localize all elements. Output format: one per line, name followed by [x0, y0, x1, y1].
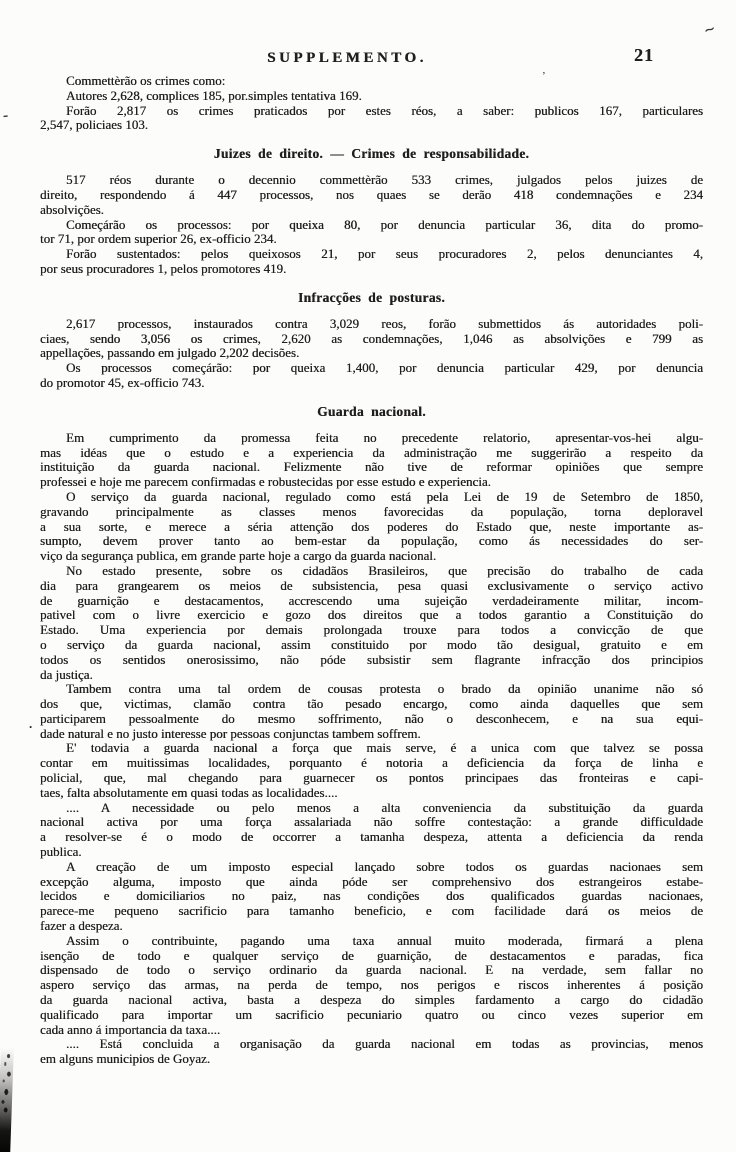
paragraph: O serviço da guarda nacional, regulado c… [40, 490, 703, 564]
pencil-dash-artifact: - [2, 107, 9, 125]
text-line: da justiça. [40, 668, 703, 683]
text-line: 2,547, policiaes 103. [40, 118, 703, 133]
paragraph: Em cumprimento da promessa feita no prec… [40, 431, 703, 490]
text-line: todos os sentidos onerosissimo, não póde… [40, 653, 703, 668]
text-line: Em cumprimento da promessa feita no prec… [40, 431, 703, 446]
text-line: professei e hoje me parecem confirmadas … [40, 475, 703, 490]
paragraph: .... Está concluida a organisação da gua… [40, 1037, 703, 1067]
paragraph: Assim o contribuinte, pagando uma taxa a… [40, 934, 703, 1038]
text-line: dia para grangearem os meios de subsiste… [40, 579, 703, 594]
paragraph: 2,617 processos, instaurados contra 3,02… [40, 317, 703, 361]
ink-dot-artifact: . [29, 716, 32, 732]
text-line: contar em muitissimas localidades, porqu… [40, 756, 703, 771]
text-line: dos que, victimas, clamão contra tão pes… [40, 697, 703, 712]
text-line: tor 71, por ordem superior 26, ex-offici… [40, 232, 703, 247]
text-line: A creação de um imposto especial lançado… [40, 860, 703, 875]
text-line: Autores 2,628, complices 185, por.simple… [40, 89, 703, 104]
section-heading: Juizes de direito. — Crimes de responsab… [40, 146, 703, 162]
text-line: gravando principalmente as classes menos… [40, 505, 703, 520]
text-line: isenção de todo e qualquer serviço de gu… [40, 949, 703, 964]
paragraph: Começárão os processos: por queixa 80, p… [40, 218, 703, 248]
text-line: No estado presente, sobre os cidadãos Br… [40, 564, 703, 579]
text-line: de guarnição e destacamentos, accrescend… [40, 594, 703, 609]
text-line: .... Está concluida a organisação da gua… [40, 1037, 703, 1052]
paragraph: Tambem contra uma tal ordem de cousas pr… [40, 682, 703, 741]
text-line: O serviço da guarda nacional, regulado c… [40, 490, 703, 505]
text-line: Começárão os processos: por queixa 80, p… [40, 218, 703, 233]
text-line: 517 réos durante o decennio commettèrão … [40, 173, 703, 188]
paragraph: Commettèrão os crimes como: [40, 74, 703, 89]
text-line: excepção alguma, imposto que ainda póde … [40, 875, 703, 890]
text-line: policial, que, mal chegando para guarnec… [40, 771, 703, 786]
text-line: do promotor 45, ex-officio 743. [40, 376, 703, 391]
text-line: pativel com o livre exercicio e gozo dos… [40, 608, 703, 623]
ink-speck-artifact: ’ [542, 70, 546, 82]
text-line: E' todavia a guarda nacional a força que… [40, 741, 703, 756]
text-line: aspero serviço das armas, na perda de te… [40, 978, 703, 993]
text-line: Tambem contra uma tal ordem de cousas pr… [40, 682, 703, 697]
pen-mark-artifact: ∼ [702, 21, 718, 41]
text-line: Os processos começárão: por queixa 1,400… [40, 361, 703, 376]
text-line: Forão 2,817 os crimes praticados por est… [40, 104, 703, 119]
text-line: a sua sorte, e merece a séria attenção d… [40, 520, 703, 535]
paragraph: .... A necessidade ou pelo menos a alta … [40, 801, 703, 860]
text-line: sumpto, devem prover tanto ao bem-estar … [40, 534, 703, 549]
page-number: 21 [634, 45, 654, 66]
text-line: da guarda nacional activa, basta a despe… [40, 993, 703, 1008]
text-line: mas idéas que o estudo e a experiencia d… [40, 446, 703, 461]
paragraph: 517 réos durante o decennio commettèrão … [40, 173, 703, 217]
text-line: a resolver-se é o modo de occorrer a tam… [40, 830, 703, 845]
text-line: direito, respondendo á 447 processos, no… [40, 188, 703, 203]
text-line: ciaes, sendo 3,056 os crimes, 2,620 as c… [40, 332, 703, 347]
text-line: publica. [40, 845, 703, 860]
document-page: SUPPLEMENTO. 21 Commettèrão os crimes co… [0, 0, 736, 1152]
text-line: Assim o contribuinte, pagando uma taxa a… [40, 934, 703, 949]
text-line: dade natural e no justo interesse por pe… [40, 727, 703, 742]
paragraph: Forão 2,817 os crimes praticados por est… [40, 104, 703, 134]
text-line: qualificado para importar um sacrificio … [40, 1008, 703, 1023]
section-heading: Guarda nacional. [40, 404, 703, 420]
paragraph: Autores 2,628, complices 185, por.simple… [40, 89, 703, 104]
text-line: instituição da guarda nacional. Felizmen… [40, 460, 703, 475]
text-line: 2,617 processos, instaurados contra 3,02… [40, 317, 703, 332]
text-line: participarem pessoalmente do mesmo soffr… [40, 712, 703, 727]
text-line: o serviço da guarda nacional, assim cons… [40, 638, 703, 653]
paragraph: A creação de um imposto especial lançado… [40, 860, 703, 934]
text-line: lecidos e domiciliarios no paiz, nas con… [40, 889, 703, 904]
page-content: Commettèrão os crimes como:Autores 2,628… [40, 74, 703, 1067]
text-line: em alguns municipios de Goyaz. [40, 1052, 703, 1067]
text-line: Commettèrão os crimes como: [40, 74, 703, 89]
text-line: taes, falta absolutamente em quasi todas… [40, 786, 703, 801]
paragraph: Forão sustentados: pelos queixosos 21, p… [40, 247, 703, 277]
page-title: SUPPLEMENTO. [0, 50, 694, 67]
paragraph: Os processos começárão: por queixa 1,400… [40, 361, 703, 391]
binding-smudge-artifact [0, 1048, 14, 1152]
section-heading: Infracções de posturas. [40, 290, 703, 306]
text-line: por seus procuradores 1, pelos promotore… [40, 262, 703, 277]
text-line: appellações, passando em julgado 2,202 d… [40, 346, 703, 361]
text-line: fazer a despeza. [40, 919, 703, 934]
paragraph: E' todavia a guarda nacional a força que… [40, 741, 703, 800]
text-line: absolvições. [40, 203, 703, 218]
text-line: Estado. Uma experiencia por demais prolo… [40, 623, 703, 638]
text-line: cada anno á importancia da taxa.... [40, 1023, 703, 1038]
text-line: viço da segurança publica, em grande par… [40, 549, 703, 564]
text-line: nacional activa por uma força assalariad… [40, 815, 703, 830]
text-line: .... A necessidade ou pelo menos a alta … [40, 801, 703, 816]
text-line: dispensado de todo o serviço ordinario d… [40, 963, 703, 978]
text-line: parece-me pequeno sacrificio para tamanh… [40, 904, 703, 919]
paragraph: No estado presente, sobre os cidadãos Br… [40, 564, 703, 682]
text-line: Forão sustentados: pelos queixosos 21, p… [40, 247, 703, 262]
